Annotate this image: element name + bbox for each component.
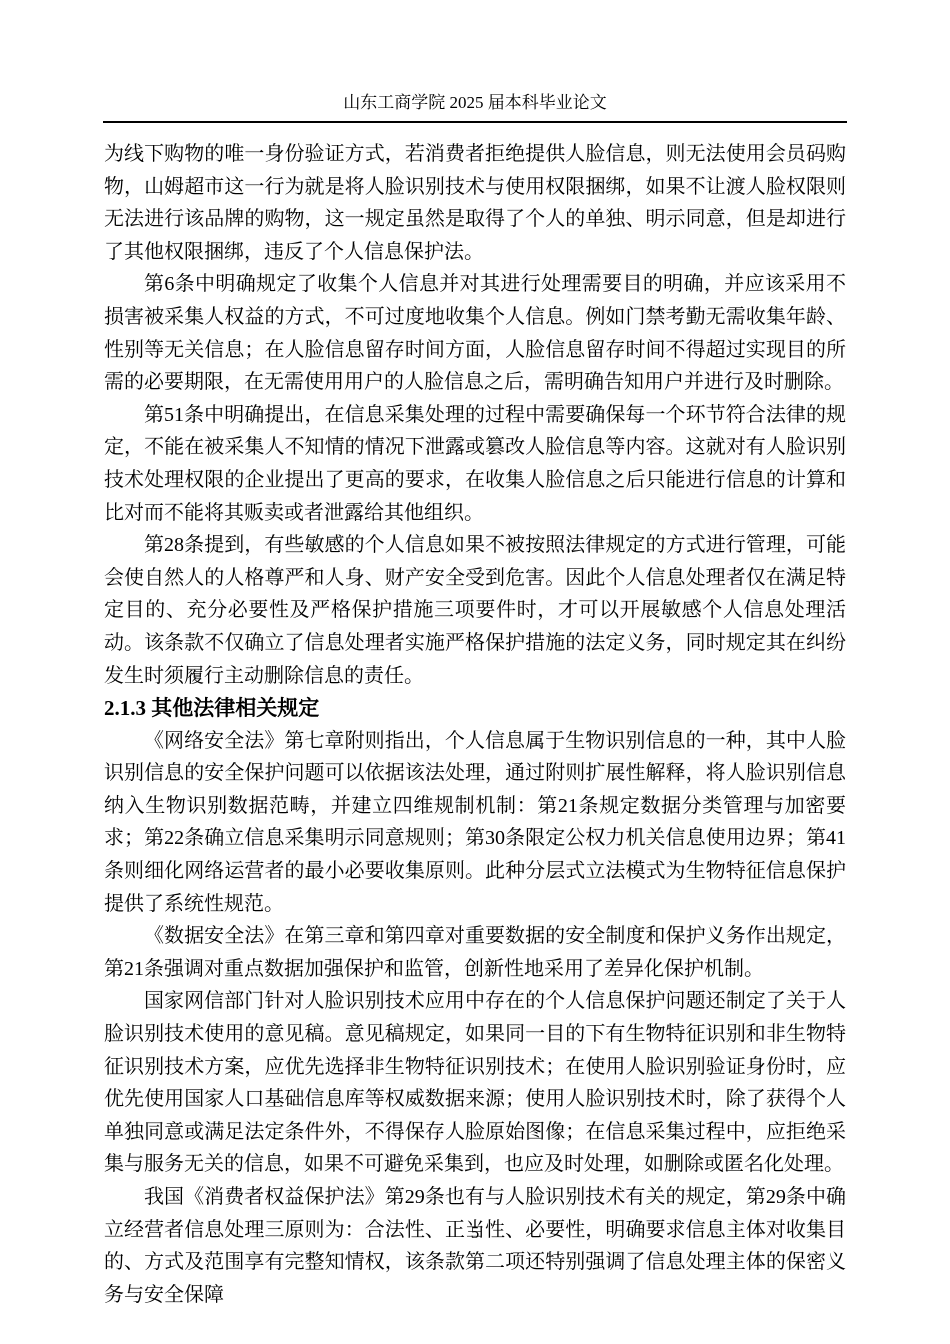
paragraph: 《数据安全法》在第三章和第四章对重要数据的安全制度和保护义务作出规定，第21条强… <box>104 920 846 985</box>
page-header: 山东工商学院 2025 届本科毕业论文 <box>103 92 847 123</box>
thesis-page: 山东工商学院 2025 届本科毕业论文 为线下购物的唯一身份验证方式，若消费者拒… <box>0 0 950 1344</box>
page-number: 5 <box>471 1223 480 1242</box>
page-footer: 5 <box>0 1222 950 1244</box>
running-title: 山东工商学院 2025 届本科毕业论文 <box>343 93 607 112</box>
paragraph: 《网络安全法》第七章附则指出，个人信息属于生物识别信息的一种，其中人脸识别信息的… <box>104 725 846 921</box>
paragraph: 第6条中明确规定了收集个人信息并对其进行处理需要目的明确，并应该采用不损害被采集… <box>104 268 846 398</box>
paragraph: 为线下购物的唯一身份验证方式，若消费者拒绝提供人脸信息，则无法使用会员码购物，山… <box>104 138 846 268</box>
page-body: 为线下购物的唯一身份验证方式，若消费者拒绝提供人脸信息，则无法使用会员码购物，山… <box>104 138 846 1311</box>
paragraph: 国家网信部门针对人脸识别技术应用中存在的个人信息保护问题还制定了关于人脸识别技术… <box>104 985 846 1181</box>
paragraph: 第51条中明确提出，在信息采集处理的过程中需要确保每一个环节符合法律的规定，不能… <box>104 399 846 529</box>
section-heading: 2.1.3 其他法律相关规定 <box>104 692 846 725</box>
paragraph: 第28条提到，有些敏感的个人信息如果不被按照法律规定的方式进行管理，可能会使自然… <box>104 529 846 692</box>
paragraph: 我国《消费者权益保护法》第29条也有与人脸识别技术有关的规定，第29条中确立经营… <box>104 1181 846 1311</box>
